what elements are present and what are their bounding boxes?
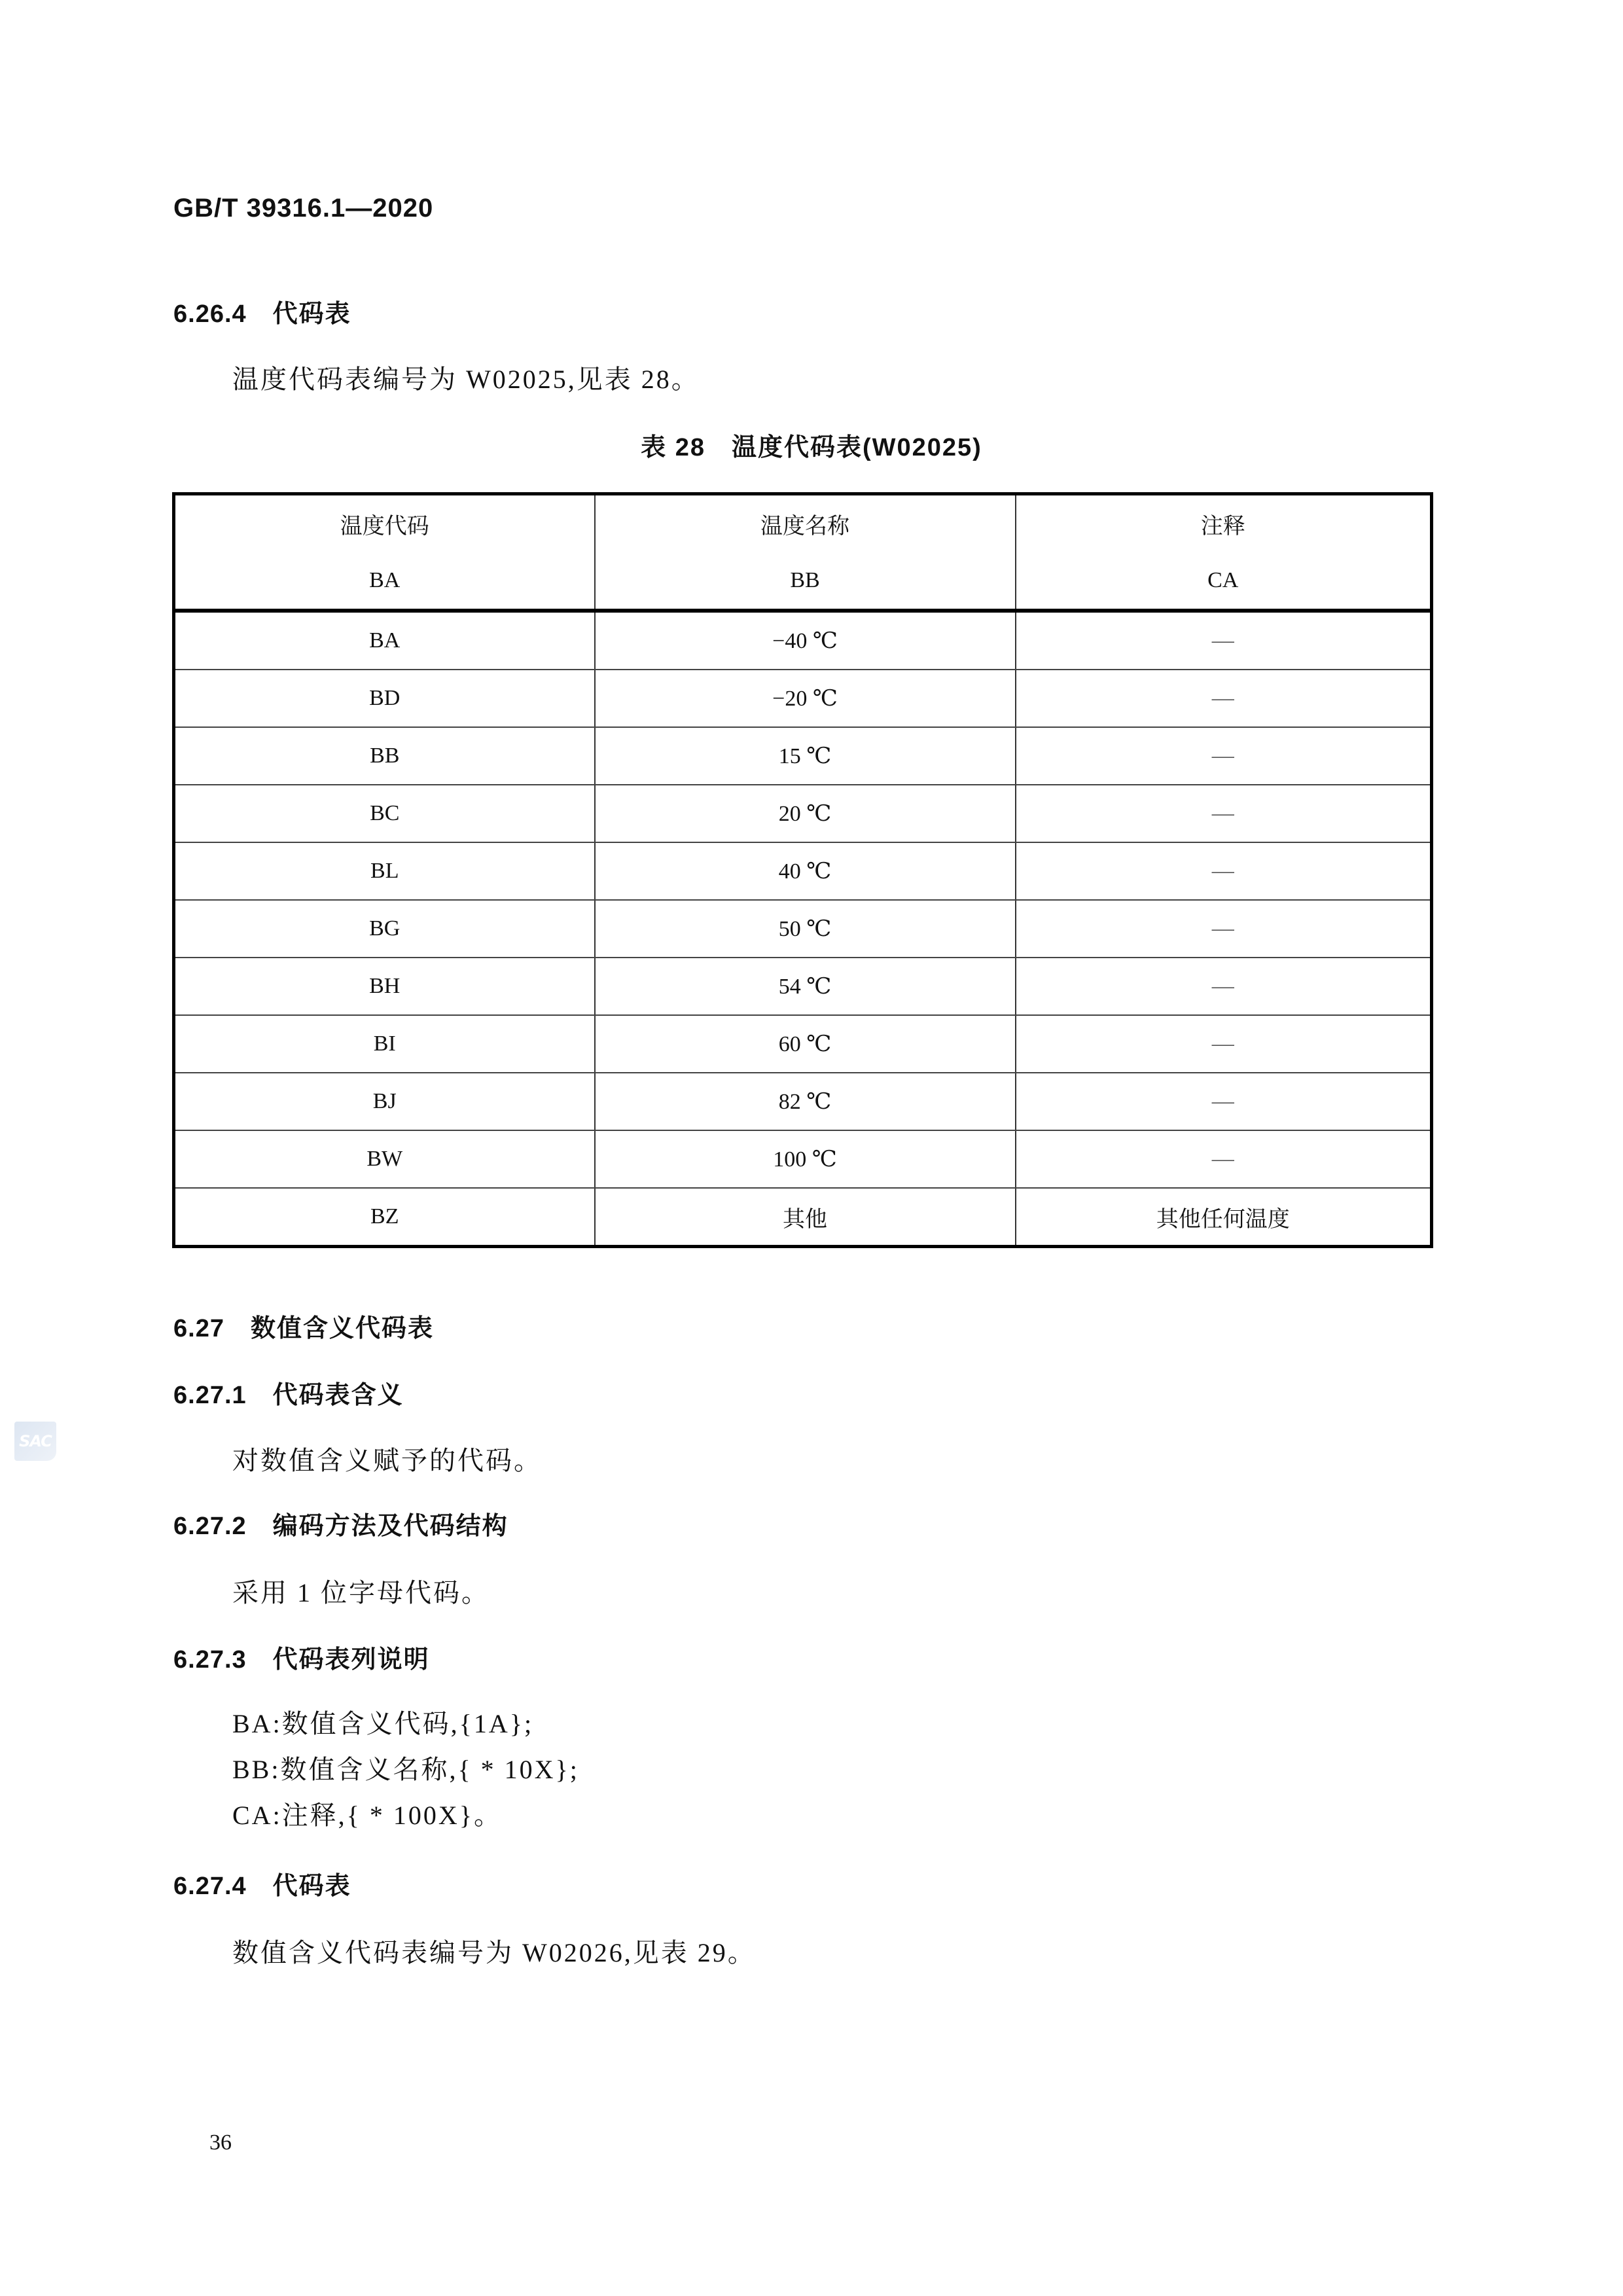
- section-heading-6-27-3: 6.27.3代码表列说明: [173, 1639, 430, 1675]
- cell-name: −20 ℃: [595, 670, 1016, 727]
- table-header-row-codes: BA BB CA: [174, 552, 1432, 611]
- header-label-code: 温度代码: [174, 494, 595, 553]
- cell-note: —: [1016, 727, 1432, 785]
- cell-code: BB: [174, 727, 595, 785]
- cell-note: —: [1016, 611, 1432, 670]
- table-row: BC20 ℃—: [174, 785, 1432, 842]
- table-caption-number: 表 28: [641, 434, 705, 461]
- header-code-ba: BA: [174, 552, 595, 611]
- cell-code: BW: [174, 1130, 595, 1188]
- cell-code: BD: [174, 670, 595, 727]
- section-number: 6.27: [173, 1315, 224, 1343]
- header-label-note: 注释: [1016, 494, 1432, 553]
- section-heading-6-27-1: 6.27.1代码表含义: [173, 1374, 404, 1410]
- section-title: 代码表列说明: [273, 1646, 430, 1674]
- cell-name: 其他: [595, 1188, 1016, 1247]
- section-title: 代码表含义: [273, 1382, 404, 1409]
- cell-code: BC: [174, 785, 595, 842]
- cell-note: —: [1016, 1073, 1432, 1130]
- table-caption: 表 28温度代码表(W02025): [0, 427, 1623, 463]
- cell-code: BH: [174, 958, 595, 1015]
- page-number: 36: [209, 2130, 232, 2155]
- section-title: 编码方法及代码结构: [273, 1513, 508, 1540]
- cell-name: 15 ℃: [595, 727, 1016, 785]
- cell-note: —: [1016, 670, 1432, 727]
- section-number: 6.26.4: [173, 300, 247, 329]
- table-caption-title: 温度代码表(W02025): [732, 434, 982, 461]
- table-row: BZ其他其他任何温度: [174, 1188, 1432, 1247]
- paragraph-6-27-4: 数值含义代码表编号为 W02026,见表 29。: [232, 1932, 756, 1969]
- section-heading-6-26-4: 6.26.4代码表: [173, 293, 351, 329]
- cell-name: 82 ℃: [595, 1073, 1016, 1130]
- cell-name: 20 ℃: [595, 785, 1016, 842]
- section-title: 数值含义代码表: [251, 1315, 434, 1342]
- sac-watermark-logo: SAC: [14, 1422, 56, 1461]
- header-label-name: 温度名称: [595, 494, 1016, 553]
- cell-name: −40 ℃: [595, 611, 1016, 670]
- cell-note: —: [1016, 900, 1432, 958]
- table-row: BW100 ℃—: [174, 1130, 1432, 1188]
- paragraph-6-26-4: 温度代码表编号为 W02025,见表 28。: [232, 359, 700, 396]
- section-number: 6.27.4: [173, 1873, 247, 1901]
- cell-note: —: [1016, 1130, 1432, 1188]
- cell-name: 54 ℃: [595, 958, 1016, 1015]
- column-description-ca: CA:注释,{ * 100X}。: [232, 1795, 502, 1832]
- table-row: BG50 ℃—: [174, 900, 1432, 958]
- section-number: 6.27.2: [173, 1513, 247, 1541]
- temperature-code-table: 温度代码 温度名称 注释 BA BB CA BA−40 ℃— BD−20 ℃— …: [172, 492, 1433, 1248]
- table-row: BJ82 ℃—: [174, 1073, 1432, 1130]
- header-code-ca: CA: [1016, 552, 1432, 611]
- section-title: 代码表: [273, 300, 351, 328]
- column-description-ba: BA:数值含义代码,{1A};: [232, 1703, 533, 1740]
- table-header-row-labels: 温度代码 温度名称 注释: [174, 494, 1432, 553]
- cell-note: —: [1016, 842, 1432, 900]
- cell-note: —: [1016, 958, 1432, 1015]
- section-title: 代码表: [273, 1873, 351, 1900]
- table-row: BH54 ℃—: [174, 958, 1432, 1015]
- cell-note: 其他任何温度: [1016, 1188, 1432, 1247]
- section-number: 6.27.3: [173, 1646, 247, 1674]
- table-row: BD−20 ℃—: [174, 670, 1432, 727]
- table-row: BI60 ℃—: [174, 1015, 1432, 1073]
- cell-code: BA: [174, 611, 595, 670]
- cell-note: —: [1016, 1015, 1432, 1073]
- cell-name: 50 ℃: [595, 900, 1016, 958]
- cell-name: 100 ℃: [595, 1130, 1016, 1188]
- cell-code: BL: [174, 842, 595, 900]
- cell-name: 60 ℃: [595, 1015, 1016, 1073]
- paragraph-6-27-2: 采用 1 位字母代码。: [232, 1572, 490, 1609]
- section-heading-6-27: 6.27数值含义代码表: [173, 1308, 434, 1344]
- table-row: BB15 ℃—: [174, 727, 1432, 785]
- cell-name: 40 ℃: [595, 842, 1016, 900]
- cell-code: BG: [174, 900, 595, 958]
- cell-note: —: [1016, 785, 1432, 842]
- section-heading-6-27-2: 6.27.2编码方法及代码结构: [173, 1505, 508, 1541]
- paragraph-6-27-1: 对数值含义赋予的代码。: [232, 1440, 542, 1477]
- table-row: BL40 ℃—: [174, 842, 1432, 900]
- cell-code: BZ: [174, 1188, 595, 1247]
- table-row: BA−40 ℃—: [174, 611, 1432, 670]
- cell-code: BJ: [174, 1073, 595, 1130]
- standard-id-header: GB/T 39316.1—2020: [173, 194, 433, 223]
- section-number: 6.27.1: [173, 1382, 247, 1410]
- column-description-bb: BB:数值含义名称,{ * 10X};: [232, 1749, 579, 1786]
- header-code-bb: BB: [595, 552, 1016, 611]
- cell-code: BI: [174, 1015, 595, 1073]
- section-heading-6-27-4: 6.27.4代码表: [173, 1865, 351, 1901]
